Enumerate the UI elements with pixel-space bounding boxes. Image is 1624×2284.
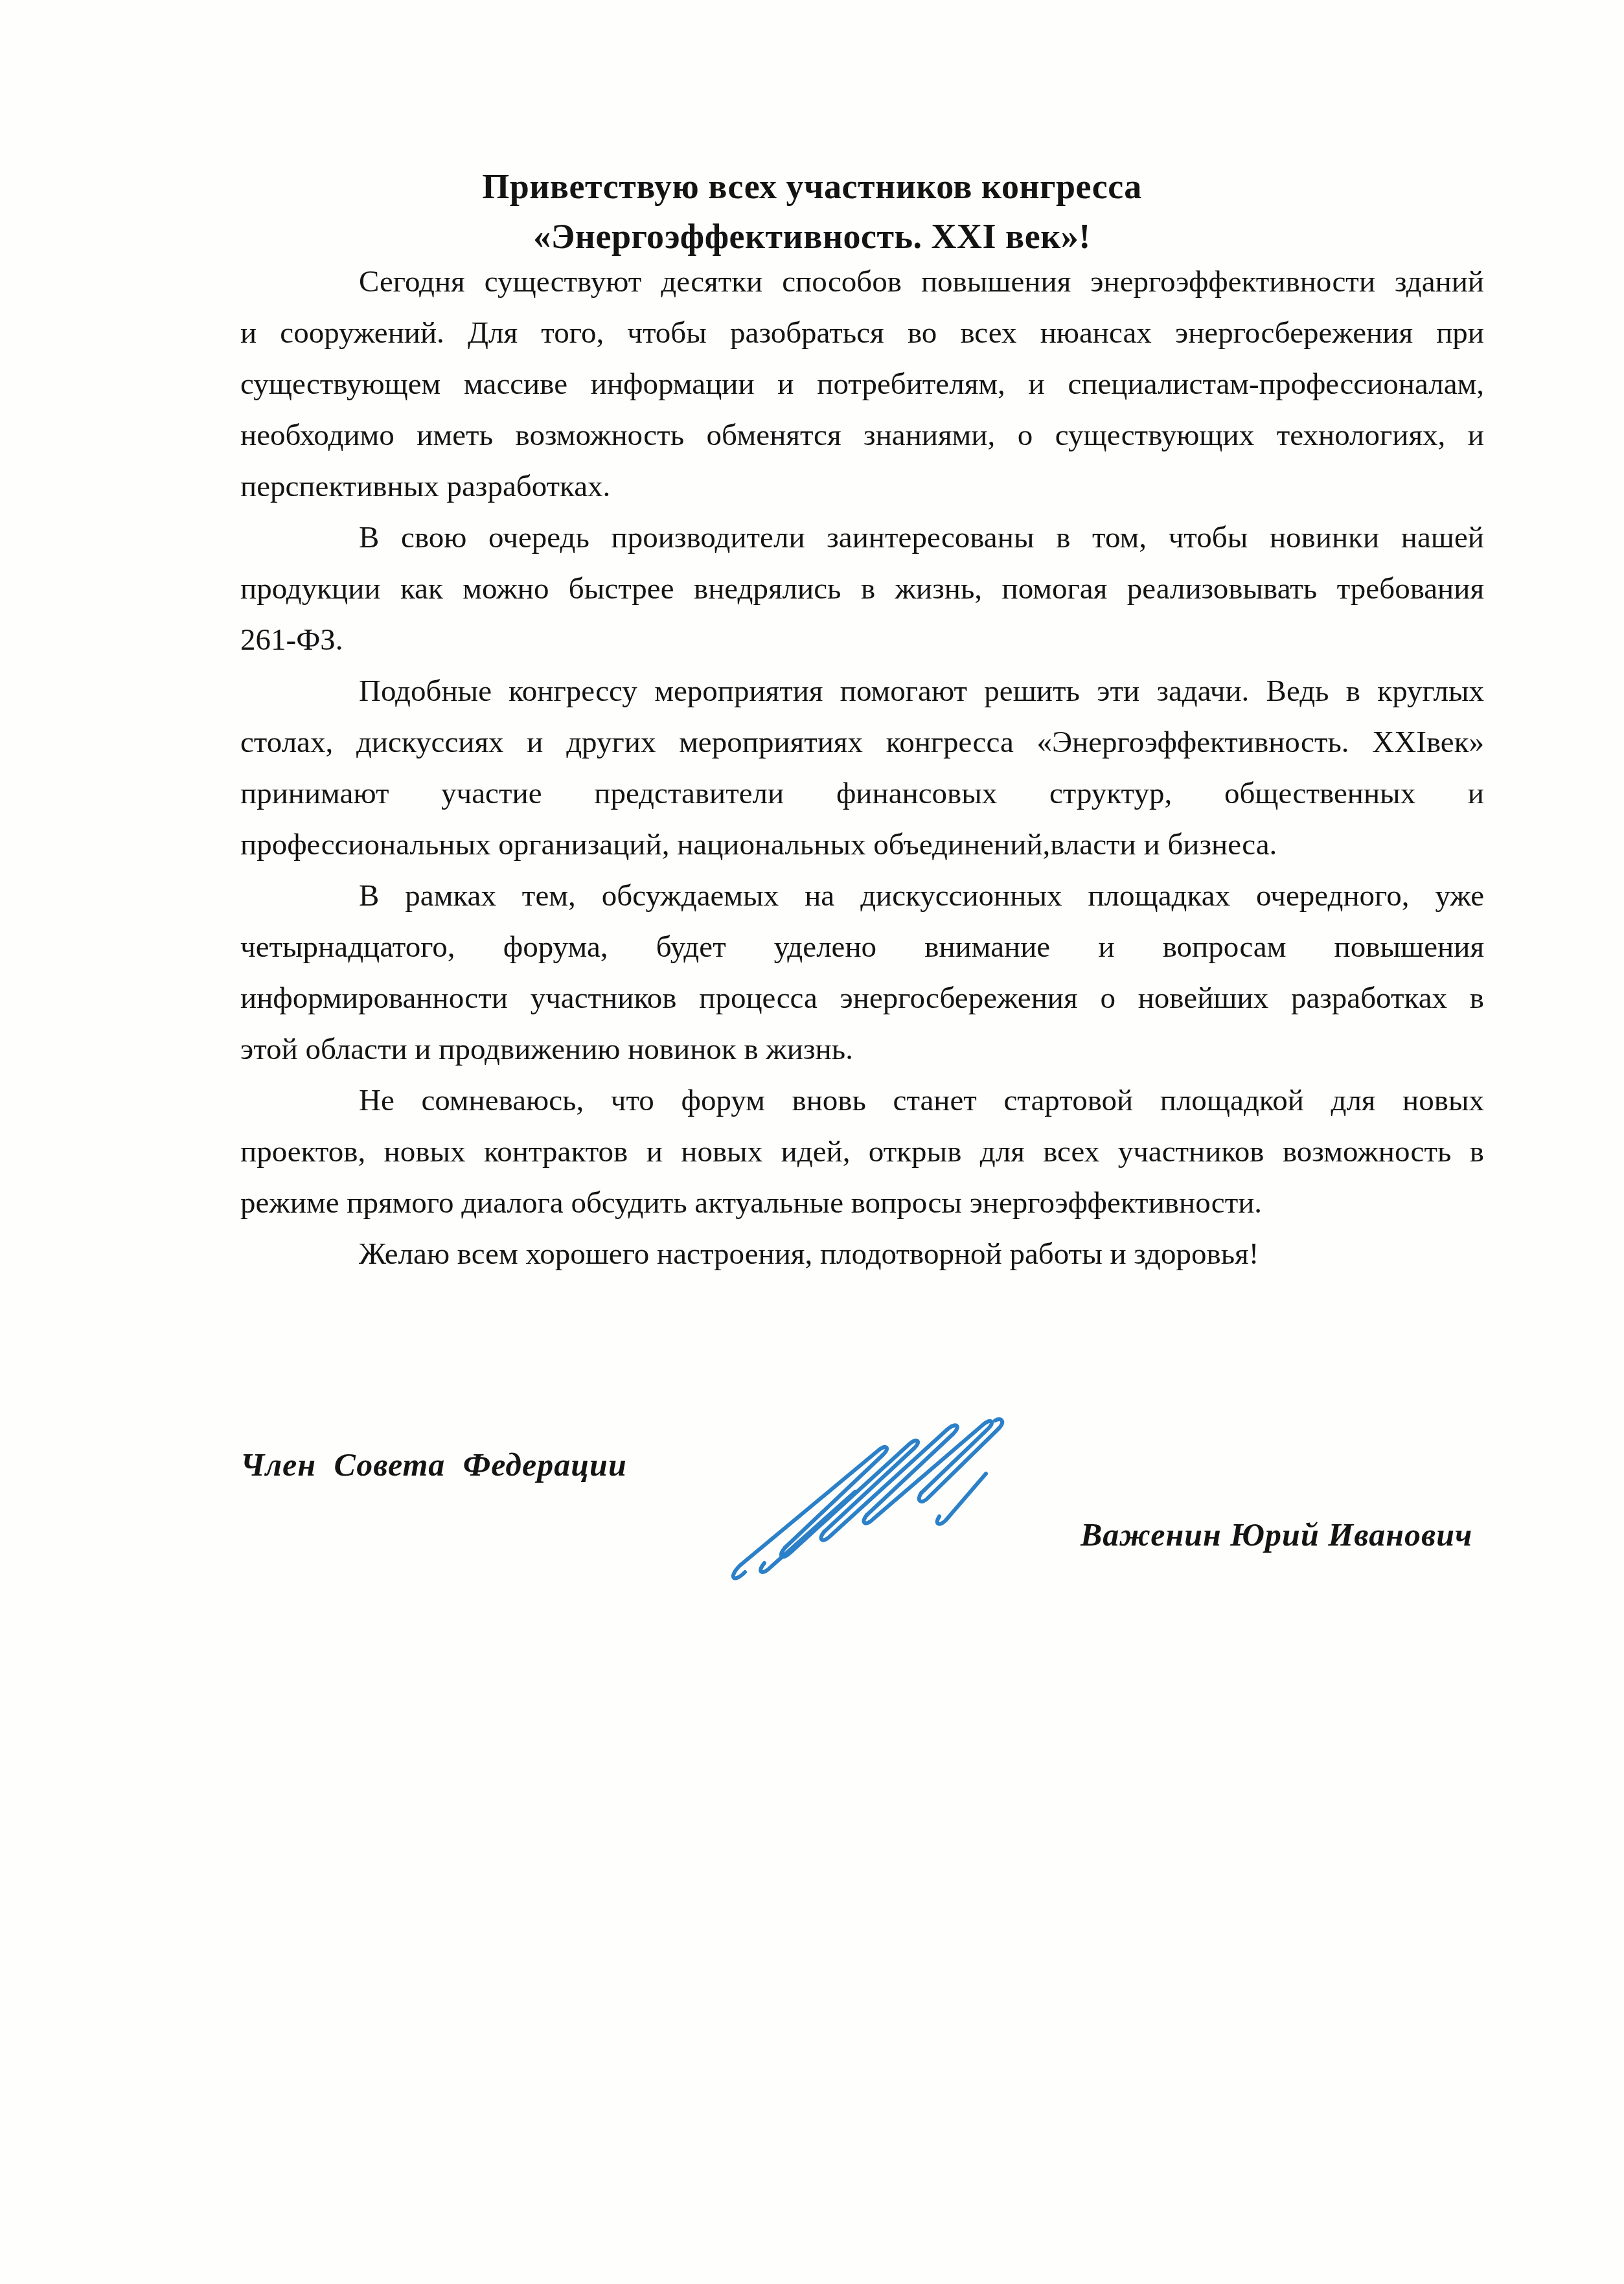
signer-name: Важенин Юрий Иванович (1081, 1516, 1472, 1553)
text-line: В свою очередь производители заинтересов… (240, 512, 1484, 564)
letter-title: Приветствую всех участников конгресса «Э… (0, 162, 1624, 262)
text-line: проектов, новых контрактов и новых идей,… (240, 1126, 1484, 1178)
letter-body: Сегодня существуют десятки способов повы… (240, 257, 1484, 1280)
text-line: продукции как можно быстрее внедрялись в… (240, 564, 1484, 615)
text-line: информированности участников процесса эн… (240, 973, 1484, 1024)
text-line: и сооружений. Для того, чтобы разобратьс… (240, 308, 1484, 359)
text-line: профессиональных организаций, национальн… (240, 819, 1484, 871)
text-line: принимают участие представители финансов… (240, 768, 1484, 819)
paragraph: В свою очередь производители заинтересов… (240, 512, 1484, 666)
title-line-2: «Энергоэффективность. XXI век»! (0, 212, 1624, 262)
text-line: перспективных разработках. (240, 461, 1484, 512)
letter-page: Приветствую всех участников конгресса «Э… (0, 0, 1624, 2284)
signer-position-title: Член Совета Федерации (240, 1446, 627, 1483)
paragraph: Не сомневаюсь, что форум вновь станет ст… (240, 1075, 1484, 1229)
text-line: 261-ФЗ. (240, 615, 1484, 666)
paragraph: Подобные конгрессу мероприятия помогают … (240, 666, 1484, 871)
text-line: четырнадцатого, форума, будет уделено вн… (240, 922, 1484, 973)
text-line: Желаю всем хорошего настроения, плодотво… (240, 1229, 1484, 1280)
text-line: В рамках тем, обсуждаемых на дискуссионн… (240, 871, 1484, 922)
title-line-1: Приветствую всех участников конгресса (0, 162, 1624, 212)
text-line: столах, дискуссиях и других мероприятиях… (240, 717, 1484, 768)
paragraph: В рамках тем, обсуждаемых на дискуссионн… (240, 871, 1484, 1075)
paragraph: Желаю всем хорошего настроения, плодотво… (240, 1229, 1484, 1280)
text-line: Подобные конгрессу мероприятия помогают … (240, 666, 1484, 717)
signature-scribble (726, 1409, 1024, 1590)
text-line: Сегодня существуют десятки способов повы… (240, 257, 1484, 308)
text-line: необходимо иметь возможность обменятся з… (240, 410, 1484, 461)
paragraph: Сегодня существуют десятки способов повы… (240, 257, 1484, 512)
text-line: Не сомневаюсь, что форум вновь станет ст… (240, 1075, 1484, 1126)
text-line: этой области и продвижению новинок в жиз… (240, 1024, 1484, 1075)
text-line: режиме прямого диалога обсудить актуальн… (240, 1178, 1484, 1229)
text-line: существующем массиве информации и потреб… (240, 359, 1484, 410)
